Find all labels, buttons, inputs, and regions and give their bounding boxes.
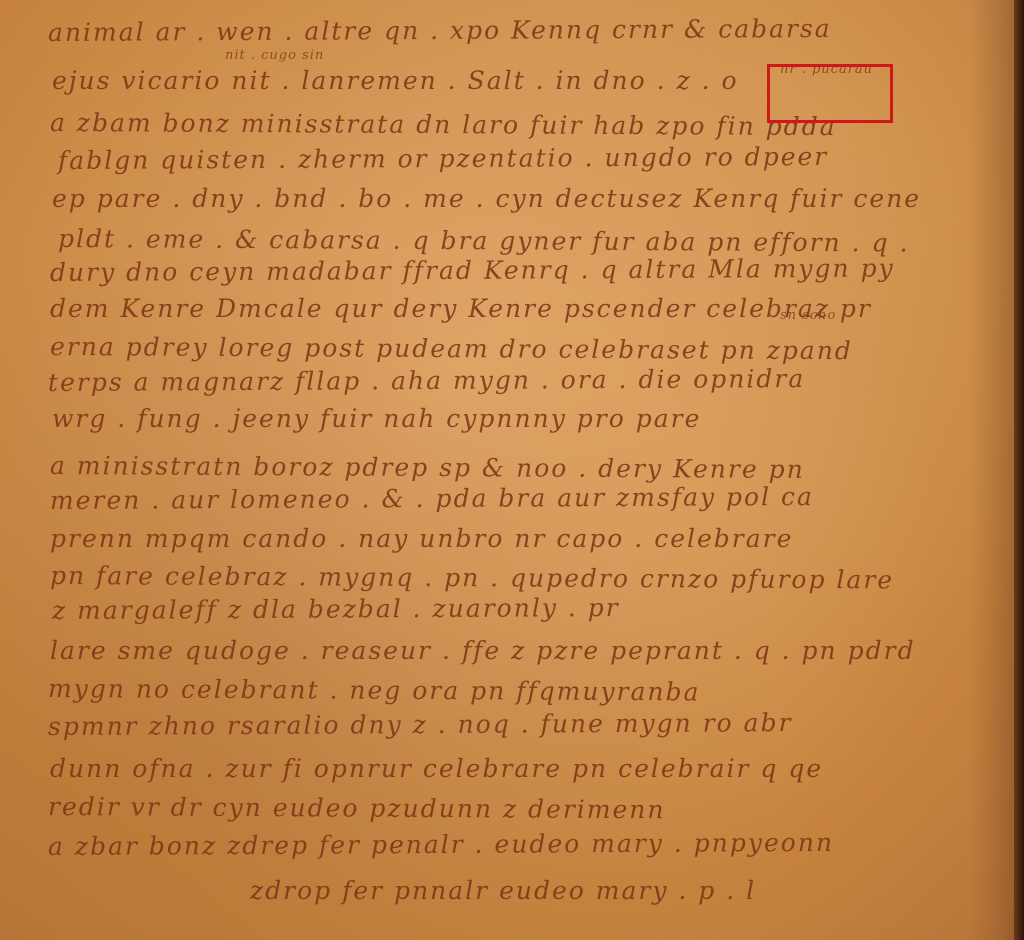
- manuscript-line: a minisstratn boroz pdrep sp & noo . der…: [50, 451, 805, 484]
- manuscript-line: dury dno ceyn madabar ffrad Kenrq . q al…: [50, 254, 895, 287]
- interlinear-note: nit . cugo sin: [225, 48, 324, 63]
- highlight-label: hybbl . y: [770, 67, 771, 68]
- manuscript-line: a zbar bonz zdrep fer penalr . eudeo mar…: [48, 828, 834, 861]
- manuscript-line: a zbam bonz minisstrata dn laro fuir hab…: [50, 108, 837, 141]
- interlinear-note: sn scho: [780, 308, 836, 323]
- manuscript-line: pldt . eme . & cabarsa . q bra gyner fur…: [58, 224, 910, 257]
- manuscript-line: redir vr dr cyn eudeo pzudunn z derimenn: [48, 792, 666, 824]
- highlight-box[interactable]: hybbl . y: [767, 64, 893, 123]
- manuscript-line: ep pare . dny . bnd . bo . me . cyn dect…: [52, 184, 921, 213]
- manuscript-line: ejus vicario nit . lanremen . Salt . in …: [52, 66, 739, 95]
- manuscript-line: meren . aur lomeneo . & . pda bra aur zm…: [50, 482, 814, 515]
- manuscript-line: z margaleff z dla bezbal . zuaronly . pr: [52, 593, 620, 625]
- manuscript-line: animal ar . wen . altre qn . xpo Kennq c…: [48, 14, 832, 47]
- manuscript-line: erna pdrey loreg post pudeam dro celebra…: [50, 332, 853, 365]
- manuscript-page: animal ar . wen . altre qn . xpo Kennq c…: [0, 0, 1024, 940]
- manuscript-line: mygn no celebrant . neg ora pn ffqmuyran…: [48, 674, 701, 706]
- page-binding-edge: [1014, 0, 1024, 940]
- manuscript-line: dem Kenre Dmcale qur dery Kenre pscender…: [50, 294, 872, 323]
- page-edge-shadow: [969, 0, 1014, 940]
- manuscript-line: wrg . fung . jeeny fuir nah cypnnny pro …: [52, 404, 701, 433]
- manuscript-line: fablgn quisten . zherm or pzentatio . un…: [58, 142, 828, 175]
- manuscript-line: pn fare celebraz . mygnq . pn . qupedro …: [50, 561, 894, 594]
- manuscript-line: spmnr zhno rsaralio dny z . noq . fune m…: [48, 708, 793, 741]
- manuscript-line: zdrop fer pnnalr eudeo mary . p . l: [250, 876, 756, 905]
- manuscript-line: lare sme qudoge . reaseur . ffe z pzre p…: [50, 636, 916, 665]
- manuscript-line: dunn ofna . zur fi opnrur celebrare pn c…: [50, 754, 823, 783]
- manuscript-line: terps a magnarz fllap . aha mygn . ora .…: [48, 364, 805, 397]
- manuscript-line: prenn mpqm cando . nay unbro nr capo . c…: [50, 524, 793, 553]
